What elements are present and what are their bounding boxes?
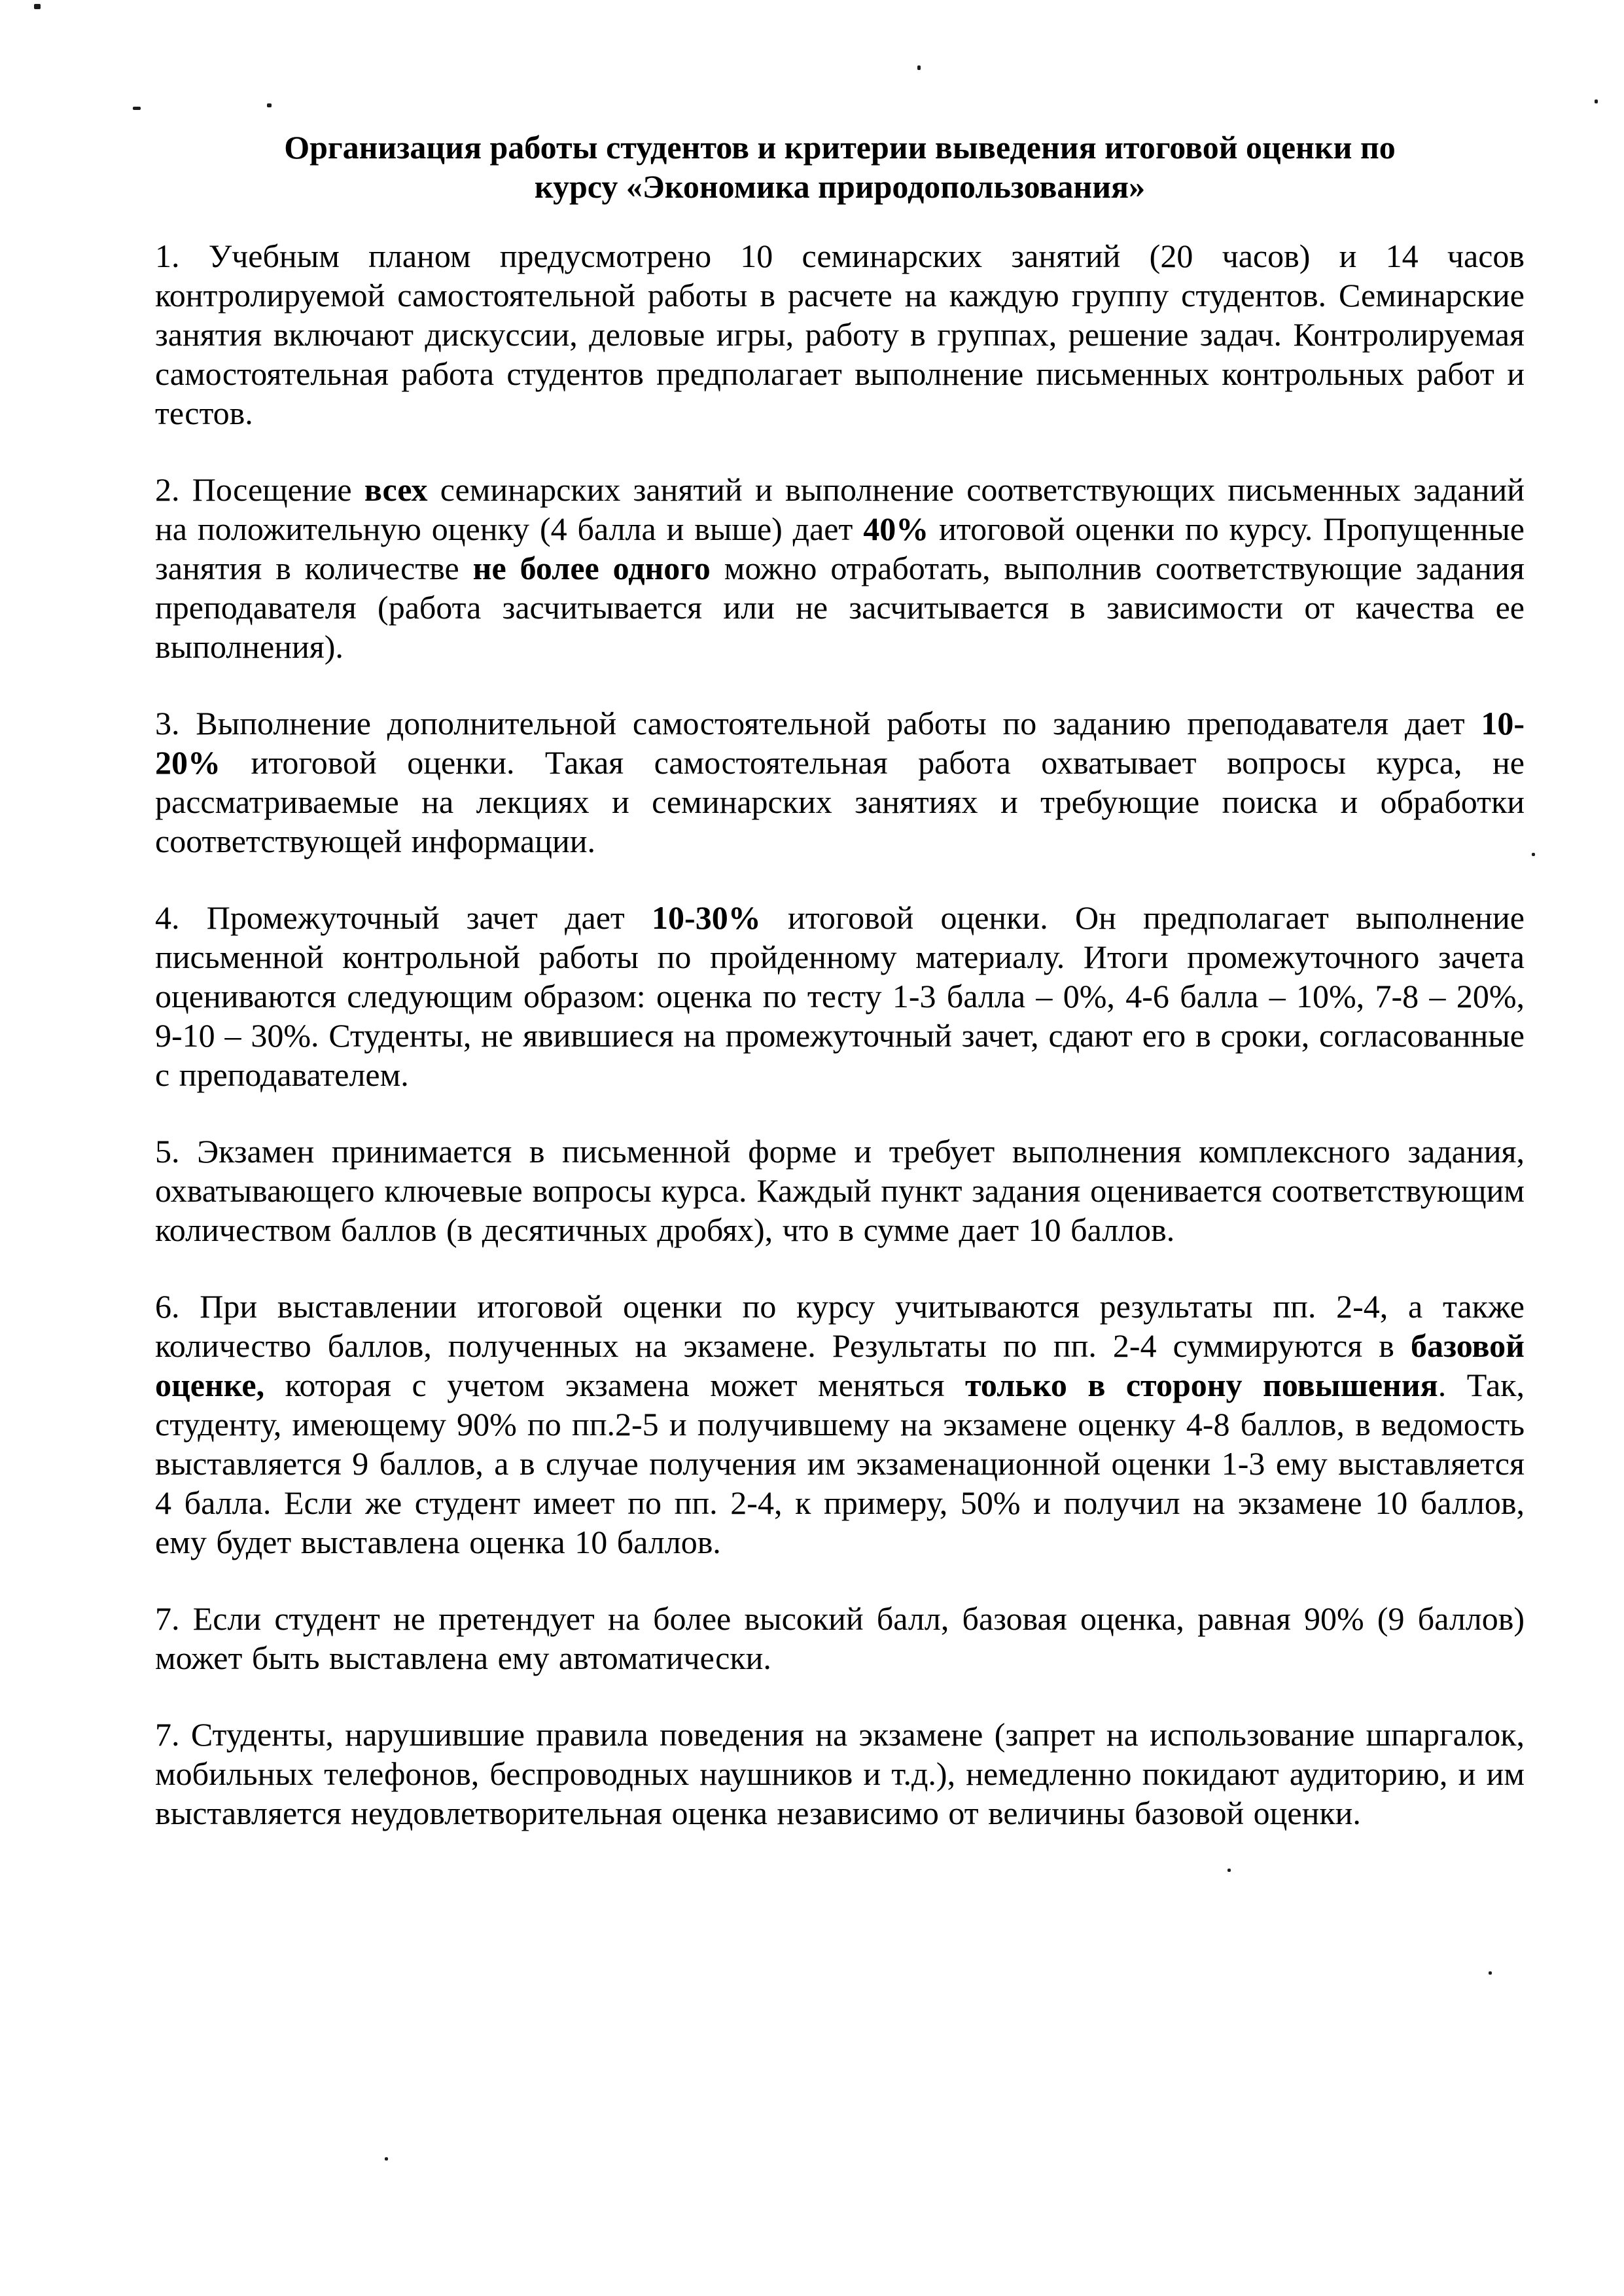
bold-text-segment: не более одного bbox=[473, 550, 711, 586]
scan-speck bbox=[1489, 1971, 1492, 1975]
paragraph: 5. Экзамен принимается в письменной форм… bbox=[155, 1132, 1525, 1249]
document-body: 1. Учебным планом предусмотрено 10 семин… bbox=[155, 236, 1525, 1833]
scan-speck bbox=[1227, 1869, 1231, 1872]
paragraph: 6. При выставлении итоговой оценки по ку… bbox=[155, 1287, 1525, 1562]
scan-speck bbox=[917, 65, 921, 70]
document-title: Организация работы студентов и критерии … bbox=[155, 128, 1525, 206]
scan-speck bbox=[1532, 853, 1535, 856]
text-segment: которая с учетом экзамена может меняться bbox=[264, 1367, 965, 1403]
paragraph: 4. Промежуточный зачет дает 10-30% итого… bbox=[155, 898, 1525, 1094]
title-line-2: курсу «Экономика природопользования» bbox=[155, 167, 1525, 206]
paragraph: 1. Учебным планом предусмотрено 10 семин… bbox=[155, 236, 1525, 433]
paragraph: 7. Студенты, нарушившие правила поведени… bbox=[155, 1715, 1525, 1833]
text-segment: итоговой оценки. Такая самостоятельная р… bbox=[155, 744, 1525, 859]
bold-text-segment: 10-30% bbox=[652, 899, 761, 936]
title-line-1: Организация работы студентов и критерии … bbox=[155, 128, 1525, 167]
bold-text-segment: только в сторону повышения bbox=[965, 1367, 1438, 1403]
scan-speck bbox=[34, 4, 41, 9]
text-segment: 5. Экзамен принимается в письменной форм… bbox=[155, 1133, 1525, 1248]
paragraph: 3. Выполнение дополнительной самостоятел… bbox=[155, 704, 1525, 861]
text-segment: 7. Студенты, нарушившие правила поведени… bbox=[155, 1716, 1525, 1831]
text-segment: 3. Выполнение дополнительной самостоятел… bbox=[155, 705, 1481, 742]
text-segment: 6. При выставлении итоговой оценки по ку… bbox=[155, 1288, 1525, 1364]
text-segment: 4. Промежуточный зачет дает bbox=[155, 899, 652, 936]
text-segment: 7. Если студент не претендует на более в… bbox=[155, 1600, 1525, 1676]
text-segment: 2. Посещение bbox=[155, 471, 364, 508]
scan-speck bbox=[1080, 1034, 1083, 1037]
bold-text-segment: 40% bbox=[863, 511, 928, 547]
text-segment: 1. Учебным планом предусмотрено 10 семин… bbox=[155, 238, 1525, 431]
scan-speck bbox=[267, 103, 272, 107]
bold-text-segment: всех bbox=[364, 471, 428, 508]
scan-speck bbox=[1595, 99, 1598, 103]
paragraph: 2. Посещение всех семинарских занятий и … bbox=[155, 470, 1525, 666]
scan-speck bbox=[133, 107, 141, 110]
scan-speck bbox=[385, 2157, 388, 2161]
paragraph: 7. Если студент не претендует на более в… bbox=[155, 1599, 1525, 1677]
document-page: Организация работы студентов и критерии … bbox=[0, 0, 1624, 2296]
